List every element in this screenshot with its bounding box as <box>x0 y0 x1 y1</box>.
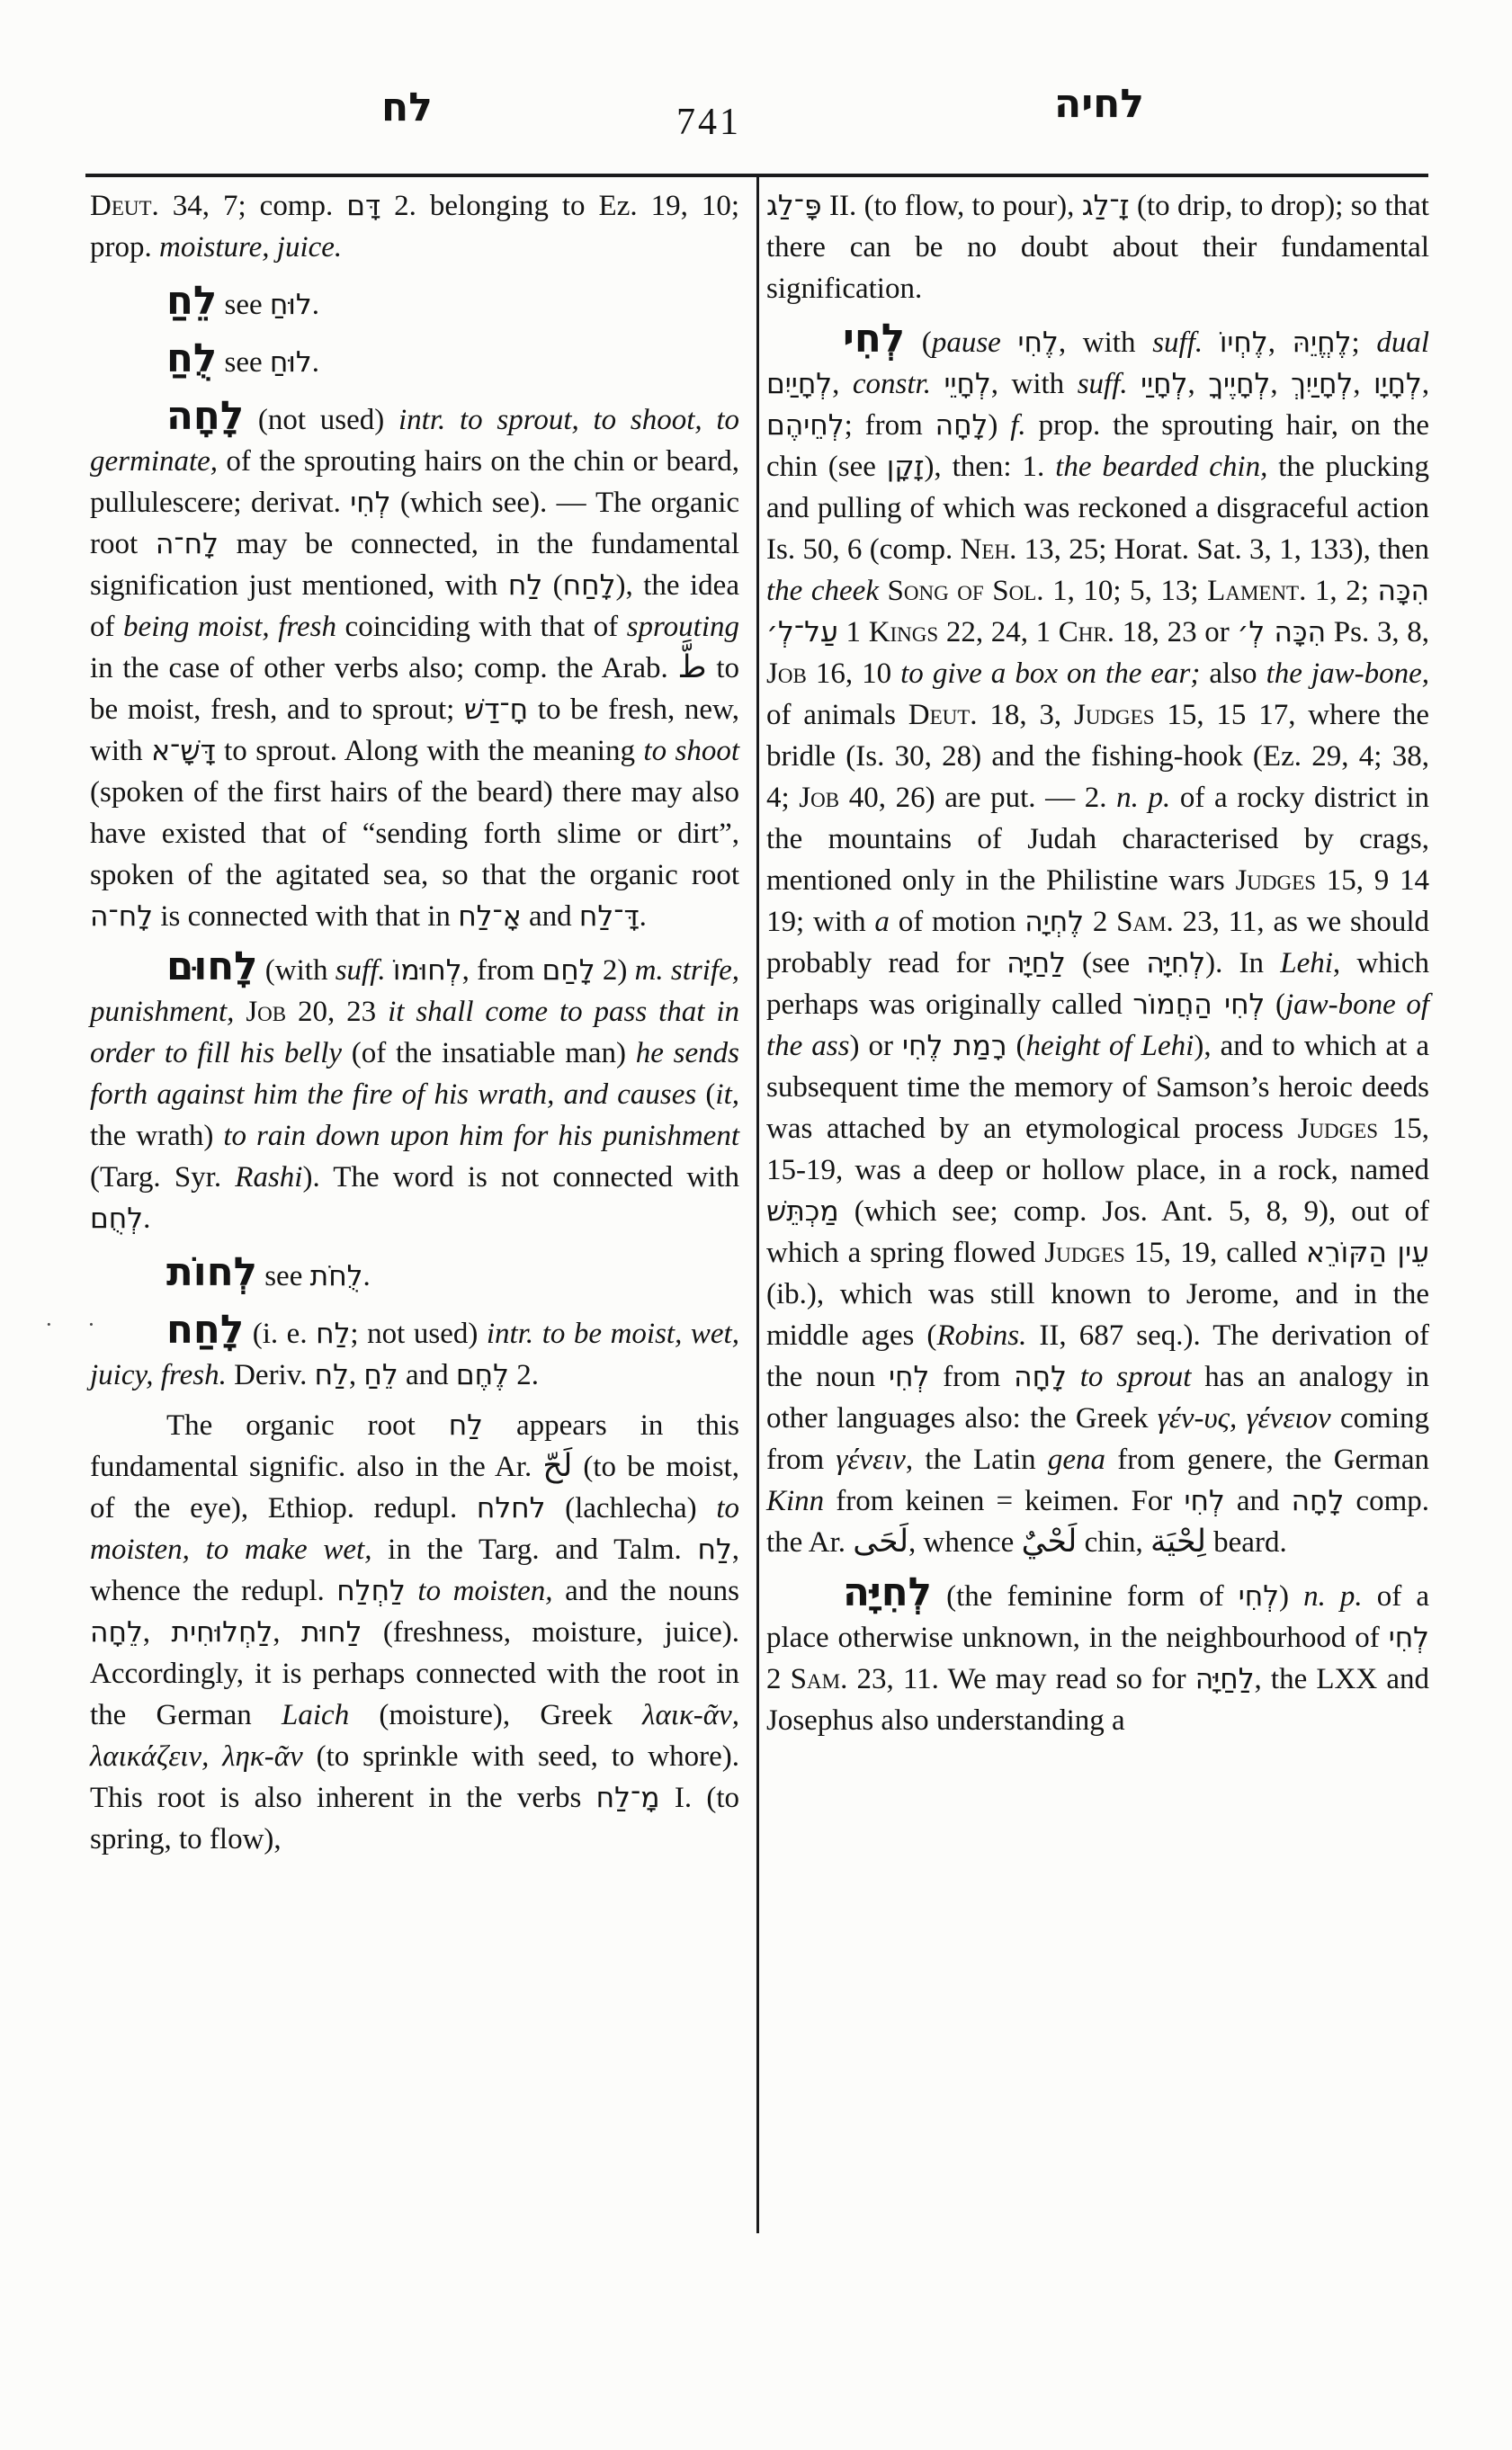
hebrew-term: לַח <box>697 1533 731 1566</box>
text-run: ( <box>905 326 932 359</box>
hebrew-term: לָחָה <box>935 409 989 442</box>
scripture-reference: Judges <box>1044 1237 1125 1269</box>
hebrew-term: לֵחַ <box>363 1359 398 1391</box>
italic-text-run: Kinn <box>766 1485 824 1517</box>
text-run: , <box>1353 368 1373 400</box>
text-run: ( <box>1007 1030 1026 1062</box>
text-run: of animals <box>766 699 908 731</box>
text-run: , <box>1422 368 1429 400</box>
hebrew-term: לְחָיֶיךָ <box>1208 368 1270 400</box>
hebrew-term: לְחָיַיִךְ <box>1291 368 1353 400</box>
greek-term: γένειν <box>836 1444 905 1476</box>
text-run: (spoken of the first hairs of the beard)… <box>90 776 739 891</box>
text-run: (of the insatiable man) <box>342 1037 636 1069</box>
hebrew-term: לוּחַ <box>270 346 312 379</box>
hebrew-term: לֶחְיָה <box>1024 906 1084 938</box>
text-run: 18, 23 or <box>1114 616 1237 648</box>
italic-text-run: moisture, juice. <box>159 231 342 264</box>
italic-text-run: Laich <box>282 1699 349 1731</box>
scripture-reference: Job <box>799 782 839 814</box>
running-head-right: לחיה <box>1054 85 1144 124</box>
italic-text-run: to shoot <box>643 735 739 767</box>
scripture-reference: Kings <box>869 616 939 648</box>
text-run: see <box>217 346 270 379</box>
text-run: from genere, the German <box>1105 1444 1429 1476</box>
text-run: ). The word is not connected with <box>302 1161 739 1194</box>
hebrew-term: זָקָן <box>887 451 925 483</box>
text-run: the wrath) <box>90 1120 223 1152</box>
text-run: , <box>143 1616 172 1649</box>
italic-text-run: sprouting <box>627 611 739 643</box>
scripture-reference: Sam. <box>1116 906 1174 938</box>
hebrew-term: לַחְלוּחִית <box>172 1616 273 1649</box>
entry-lechiyah: לְחִיָּה (the feminine form of לְחִי) n.… <box>766 1574 1429 1741</box>
text-run: 1, 10; 5, 13; <box>1044 575 1208 607</box>
hebrew-term: לחלח <box>477 1492 546 1525</box>
hebrew-term: לַחַיָּה <box>1007 947 1066 979</box>
text-run: ; not used) <box>350 1318 486 1350</box>
italic-text-run: suff. <box>1152 326 1203 359</box>
hebrew-term: לְחֵיהֶם <box>766 409 845 442</box>
text-run: ; from <box>845 409 935 442</box>
hebrew-term: לְחָיַיִם <box>766 368 832 400</box>
hebrew-term: מַכְתֵּשׁ <box>766 1195 839 1228</box>
arabic-term: لِحْيَة <box>1150 1524 1206 1560</box>
hebrew-term: הִכָּה לְ׳ <box>1237 616 1326 648</box>
italic-text-run: dual <box>1376 326 1429 359</box>
text-run: , with <box>991 368 1078 400</box>
text-run: ) <box>988 409 1010 442</box>
text-run: 18, 3, <box>978 699 1074 731</box>
paragraph-organic-root: The organic root לַח appears in this fun… <box>90 1405 739 1860</box>
dictionary-page: לח 741 לחיה · · Deut. 34, 7; comp. דָּם … <box>0 0 1512 2450</box>
scripture-reference: Lament. <box>1207 575 1306 607</box>
text-run: 2. <box>509 1359 539 1391</box>
hebrew-term: זָ־לַג <box>1082 190 1130 222</box>
italic-text-run: constr. <box>853 368 931 400</box>
hebrew-headword: לְחוֹת <box>166 1250 257 1295</box>
hebrew-term: לֵחָה <box>90 1616 143 1649</box>
text-run <box>406 1575 418 1607</box>
hebrew-term: לְחִי <box>350 487 390 519</box>
hebrew-term: לַח <box>449 1409 483 1442</box>
text-run: ( <box>696 1078 715 1111</box>
entry-lachah: לָחָה (not used) intr. to sprout, to sho… <box>90 398 739 937</box>
hebrew-term: לַח <box>508 569 542 602</box>
scripture-reference: Chr. <box>1059 616 1114 648</box>
hebrew-term: לַחְלַח <box>336 1575 406 1607</box>
text-run: . <box>363 1260 371 1292</box>
text-run: , <box>349 1359 364 1391</box>
italic-text-run: to moisten, <box>417 1575 552 1607</box>
scripture-reference: Sam. <box>791 1663 848 1695</box>
italic-text-run: to sprout <box>1080 1361 1192 1393</box>
hebrew-term: לְחָיֵי <box>944 368 990 400</box>
text-run: 2) <box>595 954 635 987</box>
text-run <box>931 368 944 400</box>
text-run: from keinen = keimen. For <box>824 1485 1184 1517</box>
continuation-paragraph: פָּ־לַג II. (to flow, to pour), זָ־לַג (… <box>766 185 1429 309</box>
italic-text-run: gena <box>1048 1444 1105 1476</box>
text-run: (see <box>1066 947 1146 979</box>
hebrew-term: לְחֻם <box>90 1203 143 1235</box>
italic-text-run: suff. <box>1078 368 1128 400</box>
hebrew-term: מָ־לַח <box>596 1782 660 1814</box>
hebrew-headword: לָחָה <box>166 394 244 439</box>
hebrew-term: לָחָה <box>1014 1361 1067 1393</box>
text-run <box>386 954 393 987</box>
text-run: of motion <box>890 906 1024 938</box>
text-run: is connected with that in <box>153 900 458 933</box>
hebrew-term: לוּחַ <box>270 289 312 321</box>
text-run: beard. <box>1206 1526 1287 1559</box>
cross-reference-luach: לֻחַ see לוּחַ. <box>90 340 739 383</box>
hebrew-term: רָמַת לֶחִי <box>902 1030 1007 1062</box>
text-run: also <box>1200 657 1266 690</box>
text-run: 1, 2; <box>1306 575 1377 607</box>
italic-text-run: f. <box>1010 409 1025 442</box>
hebrew-term: לֶחֱיֵהּ <box>1293 326 1352 359</box>
italic-text-run: Rashi <box>235 1161 302 1194</box>
scripture-reference: Deut. <box>908 699 978 731</box>
scripture-reference: Neh. <box>961 533 1017 566</box>
hebrew-term: חָ־דַשׁ <box>464 693 528 726</box>
scripture-reference: Deut. <box>90 190 159 222</box>
hebrew-term: לָח־ה <box>90 900 153 933</box>
text-run: see <box>257 1260 310 1292</box>
text-run: , the Latin <box>906 1444 1048 1476</box>
text-run: 23, 11. We may read so for <box>847 1663 1194 1695</box>
text-run: . <box>312 289 319 321</box>
text-run: , whence <box>908 1526 1022 1559</box>
cross-reference-leach: לֵחַ see לוּחַ. <box>90 282 739 326</box>
hebrew-term: לֶחְיוֹ <box>1220 326 1268 359</box>
text-run: ( <box>1265 988 1285 1021</box>
text-run: and <box>1225 1485 1292 1517</box>
italic-text-run: a <box>874 906 890 938</box>
entry-lachum: לָחוּם (with suff. לְחוּמוֹ, from לָחַם … <box>90 948 739 1239</box>
text-run: . <box>640 900 647 933</box>
scripture-reference: Judges <box>1074 699 1155 731</box>
text-run: 1 <box>838 616 869 648</box>
hebrew-term: דָּ־לַח <box>579 900 640 933</box>
text-run: ) or <box>850 1030 902 1062</box>
italic-text-run: the cheek <box>766 575 879 607</box>
entry-lechi: לְחִי (pause לֶחִי, with suff. לֶחְיוֹ, … <box>766 320 1429 1563</box>
text-run: ), then: 1. <box>924 451 1055 483</box>
hebrew-term: לַחַיָּה <box>1195 1663 1255 1695</box>
text-run: to sprout. Along with the meaning <box>216 735 644 767</box>
text-run: 22, 24, 1 <box>938 616 1059 648</box>
hebrew-headword: לְחִי <box>843 317 905 362</box>
page-number: 741 <box>676 101 741 144</box>
scripture-reference: Judges <box>1298 1113 1379 1145</box>
italic-text-run: the jaw-bone, <box>1266 657 1429 690</box>
text-run: 15, 19, called <box>1125 1237 1306 1269</box>
running-head-left: לח <box>381 88 433 128</box>
hebrew-term: אָ־לַח <box>458 900 522 933</box>
text-run: (not used) <box>244 404 398 436</box>
hebrew-term: לְחִי הַחֲמוֹר <box>1132 988 1265 1021</box>
italic-text-run: being moist, fresh <box>123 611 336 643</box>
text-run: 16, 10 <box>807 657 900 690</box>
text-run: ( <box>542 569 563 602</box>
text-run: , with <box>1059 326 1152 359</box>
text-run <box>1203 326 1220 359</box>
entry-lachach: לָחַח (i. e. לַח; not used) intr. to be … <box>90 1311 739 1396</box>
text-run: and the nouns <box>553 1575 739 1607</box>
text-run <box>1128 368 1141 400</box>
hebrew-term: לָח־ה <box>156 528 219 560</box>
hebrew-term: דָּם <box>346 190 380 222</box>
text-run: , <box>273 1616 301 1649</box>
italic-text-run: height of Lehi <box>1026 1030 1194 1062</box>
arabic-term: لَحَى <box>853 1524 908 1560</box>
hebrew-term: לְחִי <box>889 1361 929 1393</box>
italic-text-run: suff. <box>336 954 386 987</box>
hebrew-headword: לָחוּם <box>166 944 258 989</box>
hebrew-term: לָחָה <box>1292 1485 1345 1517</box>
text-run: (moisture), Greek <box>349 1699 642 1731</box>
text-run: , <box>1187 368 1208 400</box>
text-run: 2 <box>1084 906 1116 938</box>
arabic-term: لَحْيٌ <box>1022 1524 1078 1560</box>
scripture-reference: Job <box>246 996 286 1028</box>
text-run <box>879 575 888 607</box>
italic-text-run: n. p. <box>1116 782 1170 814</box>
hebrew-headword: לֻחַ <box>166 336 217 381</box>
text-run <box>234 996 246 1028</box>
text-run: from <box>929 1361 1014 1393</box>
text-run: II. (to flow, to pour), <box>822 190 1082 222</box>
text-run: , from <box>462 954 542 987</box>
text-run: , <box>832 368 853 400</box>
text-run: (Targ. Syr. <box>90 1161 235 1194</box>
italic-text-run: Lehi <box>1280 947 1333 979</box>
text-run: . <box>312 346 319 379</box>
hebrew-term: לְחָיַי <box>1141 368 1187 400</box>
text-run: (lachlecha) <box>545 1492 716 1525</box>
text-run: (the feminine form of <box>932 1580 1239 1613</box>
hebrew-term: פָּ־לַג <box>766 190 822 222</box>
italic-text-run: to rain down upon him for his punishment <box>223 1120 739 1152</box>
hebrew-term: לַחוּת <box>301 1616 362 1649</box>
text-run: The organic root <box>166 1409 449 1442</box>
hebrew-term: לָחַם <box>541 954 595 987</box>
text-run: Deriv. <box>227 1359 315 1391</box>
hebrew-term: לְחוּמוֹ <box>393 954 462 987</box>
scripture-reference: Song of Sol. <box>888 575 1044 607</box>
text-run: 2 <box>766 1663 791 1695</box>
italic-text-run: it, <box>715 1078 739 1111</box>
italic-text-run: Robins. <box>936 1319 1026 1352</box>
continuation-paragraph: Deut. 34, 7; comp. דָּם 2. belonging to … <box>90 185 739 268</box>
text-run: and <box>398 1359 456 1391</box>
italic-text-run: to give a box on the ear; <box>900 657 1200 690</box>
hebrew-term: לַח <box>315 1359 349 1391</box>
hebrew-term: לְחִי <box>1239 1580 1279 1613</box>
hebrew-term: עֵין הַקּוֹרֵא <box>1306 1237 1429 1269</box>
arabic-term: لَحّ <box>542 1448 572 1484</box>
text-run: in the case of other verbs also; comp. t… <box>90 652 678 684</box>
cross-reference-lechoth: לְחוֹת see לֻחֹת. <box>90 1254 739 1297</box>
text-run: . <box>143 1203 150 1235</box>
text-run: ; <box>1351 326 1376 359</box>
text-run: 40, 26) are put. — 2. <box>839 782 1116 814</box>
italic-text-run: the bearded chin, <box>1055 451 1267 483</box>
scripture-reference: Job <box>766 657 807 690</box>
hebrew-headword: לְחִיָּה <box>843 1570 932 1615</box>
column-right: פָּ־לַג II. (to flow, to pour), זָ־לַג (… <box>766 185 1429 1741</box>
arabic-term: طَّ <box>678 649 707 685</box>
text-run <box>1001 326 1018 359</box>
greek-term: γέν-υς, γένειον <box>1158 1402 1331 1435</box>
text-run: (i. e. <box>244 1318 316 1350</box>
hebrew-term: לְחִי <box>1389 1622 1429 1654</box>
column-divider-rule <box>756 174 759 2233</box>
text-run: and <box>522 900 579 933</box>
text-run: see <box>217 289 270 321</box>
text-run: chin, <box>1077 1526 1150 1559</box>
hebrew-term: לְחָיָו <box>1373 368 1422 400</box>
italic-text-run: pause <box>932 326 1001 359</box>
text-run: (with <box>258 954 336 987</box>
text-run: in the Targ. and Talm. <box>371 1533 697 1566</box>
text-run: ). In <box>1205 947 1280 979</box>
italic-text-run: n. p. <box>1303 1580 1363 1613</box>
scripture-reference: Judges <box>1235 864 1316 897</box>
text-run: Ps. 3, 8, <box>1326 616 1429 648</box>
hebrew-term: לֻחֹת <box>310 1260 363 1292</box>
hebrew-term: לֶחֶם <box>456 1359 509 1391</box>
hebrew-headword: לֵחַ <box>166 279 217 324</box>
hebrew-term: לָחַח <box>563 569 616 602</box>
text-run: 34, 7; comp. <box>159 190 346 222</box>
hebrew-term: לֶחִי <box>1018 326 1059 359</box>
hebrew-headword: לָחַח <box>166 1308 244 1353</box>
text-run: , <box>1270 368 1291 400</box>
text-run: , <box>1268 326 1293 359</box>
hebrew-term: לְחִיָּה <box>1146 947 1205 979</box>
text-run <box>1067 1361 1080 1393</box>
text-run: 20, 23 <box>286 996 388 1028</box>
hebrew-term: דָּשָׁ־א <box>151 735 216 767</box>
text-run: 13, 25; Horat. Sat. 3, 1, 133), then <box>1016 533 1429 566</box>
text-run: coinciding with that of <box>336 611 627 643</box>
hebrew-term: לַח <box>316 1318 350 1350</box>
text-run: ) <box>1279 1580 1303 1613</box>
column-left: Deut. 34, 7; comp. דָּם 2. belonging to … <box>90 185 739 1860</box>
hebrew-term: לְחִי <box>1185 1485 1225 1517</box>
